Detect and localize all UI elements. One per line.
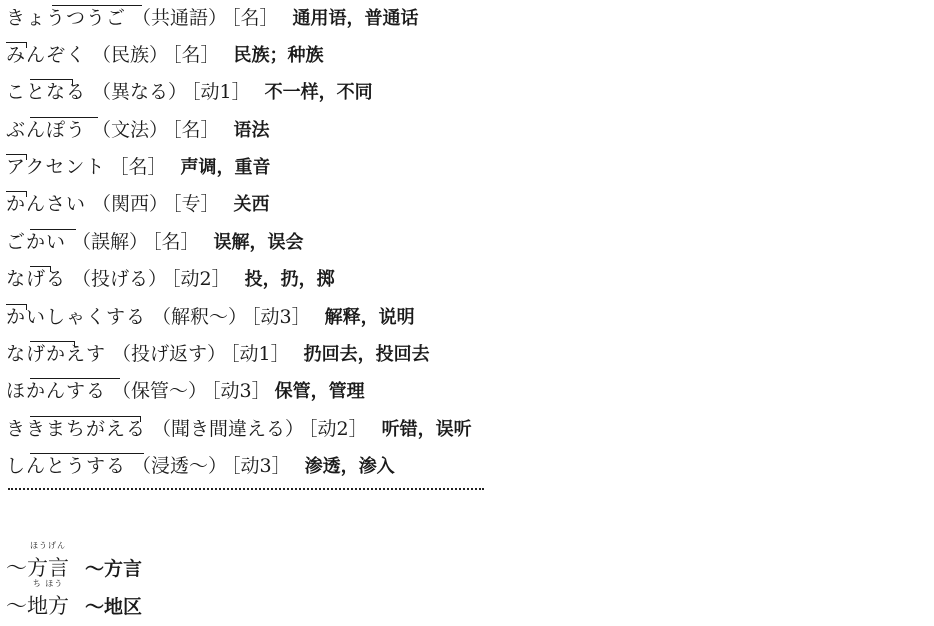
vocab-entry: かんさい（関西）［专］关西: [6, 186, 270, 222]
entry-kanji: （異なる）: [92, 81, 187, 103]
entry-pos: ［专］: [172, 193, 220, 215]
dotted-separator: [8, 488, 484, 492]
vocab-entry: なげる（投げる）［动2］投，扔，掷: [6, 261, 335, 297]
entry-meaning: 保管，管理: [275, 381, 365, 402]
vocab-entry: ことなる（異なる）［动1］不一样，不同: [6, 74, 373, 110]
vocab-entry: かいしゃくする（解釈～）［动3］解释，说明: [6, 299, 415, 335]
entry-kana: なげる: [6, 261, 66, 297]
entry-kanji: （関西）: [92, 193, 168, 215]
entry-kana: ききまちがえる: [6, 411, 146, 447]
entry-meaning: 投，扔，掷: [245, 269, 335, 290]
entry-kana: みんぞく: [6, 37, 86, 73]
vocab-entry: ごかい（誤解）［名］误解，误会: [6, 224, 304, 260]
vocab-entry: ぶんぽう（文法）［名］语法: [6, 112, 270, 148]
entry-kanji: （聞き間違える）: [152, 418, 304, 440]
entry-pos: ［动3］: [251, 306, 311, 328]
furigana: ほうげん: [27, 540, 69, 551]
entry-meaning: 解释，说明: [325, 307, 415, 328]
entry-pos: ［名］: [152, 231, 200, 253]
entry-meaning: 通用语，普通话: [293, 8, 419, 29]
entry-kana: きょうつうご: [6, 0, 126, 36]
entry-meaning: 声调，重音: [180, 157, 270, 178]
pitch-accent-line: [30, 266, 51, 272]
pitch-accent-line: [30, 378, 120, 384]
entry-pos: ［动3］: [231, 455, 291, 477]
vocab-entry: みんぞく（民族）［名］民族；种族: [6, 37, 324, 73]
vocab-entry: しんとうする（浸透～）［动3］渗透，渗入: [6, 448, 395, 484]
vocab-entry: きょうつうご（共通語）［名］通用语，普通话: [6, 0, 419, 36]
vocab-entry: なげかえす（投げ返す）［动1］扔回去，投回去: [6, 336, 430, 372]
entry-meaning: 听错，误听: [382, 419, 472, 440]
entry-kana: ほかんする: [6, 373, 106, 409]
entry-meaning: 民族；种族: [234, 45, 324, 66]
entry-meaning: 渗透，渗入: [305, 456, 395, 477]
suffix-entry: ～ち ほう地方～地区: [6, 590, 142, 620]
pitch-accent-line: [52, 5, 142, 11]
entry-kana: なげかえす: [6, 336, 106, 372]
entry-meaning: 不一样，不同: [265, 82, 373, 103]
pitch-accent-line: [6, 154, 27, 160]
entry-pos: ［动2］: [171, 268, 231, 290]
entry-meaning: 语法: [234, 120, 270, 141]
entry-pos: ［名］: [109, 156, 166, 178]
entry-pos: ［动3］: [211, 380, 271, 402]
entry-meaning: 扔回去，投回去: [304, 344, 430, 365]
entry-pos: ［动1］: [191, 81, 251, 103]
vocab-entry: ききまちがえる（聞き間違える）［动2］听错，误听: [6, 411, 472, 447]
entry-pos: ［名］: [231, 7, 279, 29]
entry-kanji: （共通語）: [132, 7, 227, 29]
pitch-accent-line: [30, 229, 76, 235]
entry-kana: ぶんぽう: [6, 112, 86, 148]
entry-kanji: （浸透～）: [132, 455, 227, 477]
entry-kana: ごかい: [6, 224, 66, 260]
entry-kanji: （投げる）: [72, 268, 167, 290]
suffix-prefix: ～: [6, 594, 27, 618]
entry-kanji: （文法）: [92, 119, 168, 141]
furigana: ち ほう: [27, 578, 69, 589]
entry-kanji: （解釈～）: [152, 306, 247, 328]
entry-kanji: （誤解）: [72, 231, 148, 253]
suffix-meaning: ～方言: [85, 558, 142, 580]
pitch-accent-line: [30, 453, 144, 459]
entry-kanji: （投げ返す）: [112, 343, 226, 365]
pitch-accent-line: [30, 117, 98, 123]
entry-pos: ［动1］: [230, 343, 290, 365]
entry-kana: かんさい: [6, 186, 86, 222]
entry-meaning: 误解，误会: [214, 232, 304, 253]
entry-kanji: （保管～）: [112, 380, 207, 402]
entry-kana: かいしゃくする: [6, 299, 146, 335]
entry-kana: ことなる: [6, 74, 86, 110]
pitch-accent-line: [30, 341, 75, 347]
suffix-prefix: ～: [6, 556, 27, 580]
vocab-entry: ほかんする（保管～）［动3］保管，管理: [6, 373, 365, 409]
entry-pos: ［动2］: [308, 418, 368, 440]
entry-kanji: （民族）: [92, 44, 168, 66]
pitch-accent-line: [6, 304, 27, 310]
pitch-accent-line: [30, 79, 73, 85]
entry-pos: ［名］: [172, 44, 220, 66]
suffix-word: ち ほう地方: [27, 590, 69, 620]
entry-kana: アクセント: [6, 149, 105, 185]
vocab-entry: アクセント［名］声调，重音: [6, 149, 270, 185]
entry-pos: ［名］: [172, 119, 220, 141]
suffix-meaning: ～地区: [85, 596, 142, 618]
pitch-accent-line: [6, 191, 27, 197]
entry-kana: しんとうする: [6, 448, 126, 484]
pitch-accent-line: [6, 42, 27, 48]
pitch-accent-line: [30, 416, 141, 422]
entry-meaning: 关西: [234, 194, 270, 215]
